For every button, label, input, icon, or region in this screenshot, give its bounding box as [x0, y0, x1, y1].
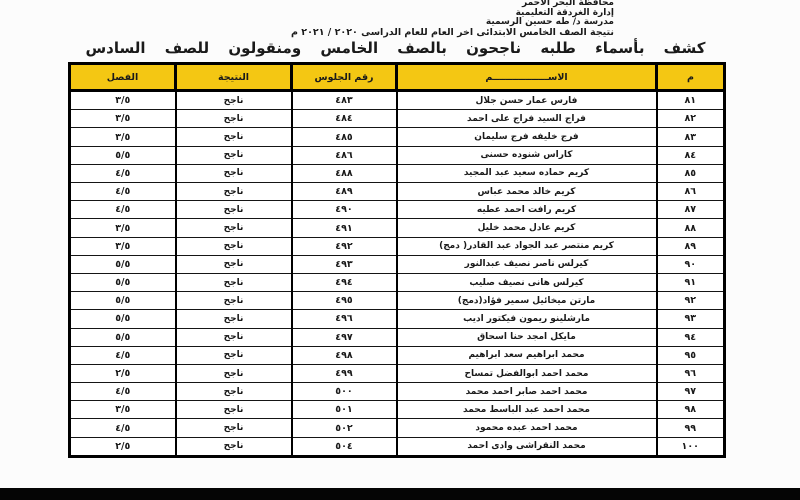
classroom-cell: ٥/٥ [70, 328, 176, 346]
header-number: م [657, 64, 725, 91]
table-row: ٨٨كريم عادل محمد خليل٤٩١ناجح٣/٥ [70, 219, 725, 237]
classroom-cell: ٣/٥ [70, 110, 176, 128]
result-cell: ناجح [176, 346, 292, 364]
header-result: النتيجة [176, 64, 292, 91]
result-cell: ناجح [176, 110, 292, 128]
result-cell: ناجح [176, 383, 292, 401]
seat-number-cell: ٥٠١ [292, 401, 397, 419]
results-table: م الاســـــــــــــــــم رقم الجلوس النت… [68, 62, 726, 458]
classroom-cell: ٣/٥ [70, 219, 176, 237]
row-number-cell: ٩٧ [657, 383, 725, 401]
classroom-cell: ٤/٥ [70, 346, 176, 364]
result-cell: ناجح [176, 91, 292, 110]
student-name-cell: كريم حماده سعيد عبد المجيد [397, 164, 657, 182]
classroom-cell: ٥/٥ [70, 310, 176, 328]
table-row: ٨٢فراج السيد فراج على احمد٤٨٤ناجح٣/٥ [70, 110, 725, 128]
student-name-cell: محمد النقراشى وادى احمد [397, 437, 657, 456]
header-seat-number: رقم الجلوس [292, 64, 397, 91]
classroom-cell: ٣/٥ [70, 401, 176, 419]
student-name-cell: كريم خالد محمد عباس [397, 183, 657, 201]
student-name-cell: كريم رافت احمد عطيه [397, 201, 657, 219]
row-number-cell: ٩٦ [657, 364, 725, 382]
row-number-cell: ٩٥ [657, 346, 725, 364]
classroom-cell: ٤/٥ [70, 164, 176, 182]
table-row: ١٠٠محمد النقراشى وادى احمد٥٠٤ناجح٢/٥ [70, 437, 725, 456]
result-cell: ناجح [176, 292, 292, 310]
student-name-cell: محمد احمد ابوالفضل تمساح [397, 364, 657, 382]
student-name-cell: محمد احمد عبده محمود [397, 419, 657, 437]
table-row: ٨٤كاراس شنوده حسنى٤٨٦ناجح٥/٥ [70, 146, 725, 164]
row-number-cell: ١٠٠ [657, 437, 725, 456]
student-name-cell: مارشلينو ريمون فيكتور اديب [397, 310, 657, 328]
table-row: ٩٣مارشلينو ريمون فيكتور اديب٤٩٦ناجح٥/٥ [70, 310, 725, 328]
result-cell: ناجح [176, 201, 292, 219]
seat-number-cell: ٤٩٠ [292, 201, 397, 219]
result-cell: ناجح [176, 328, 292, 346]
classroom-cell: ٣/٥ [70, 128, 176, 146]
student-name-cell: كريم عادل محمد خليل [397, 219, 657, 237]
seat-number-cell: ٤٩٣ [292, 255, 397, 273]
student-name-cell: كاراس شنوده حسنى [397, 146, 657, 164]
result-cell: ناجح [176, 273, 292, 291]
classroom-cell: ٥/٥ [70, 273, 176, 291]
header-classroom: الفصل [70, 64, 176, 91]
seat-number-cell: ٤٩٢ [292, 237, 397, 255]
row-number-cell: ٨٥ [657, 164, 725, 182]
classroom-cell: ٢/٥ [70, 437, 176, 456]
results-table-body: ٨١فارس عمار حسن جلال٤٨٣ناجح٣/٥٨٢فراج الس… [70, 91, 725, 457]
classroom-cell: ٤/٥ [70, 183, 176, 201]
row-number-cell: ٨٧ [657, 201, 725, 219]
result-cell: ناجح [176, 419, 292, 437]
result-cell: ناجح [176, 255, 292, 273]
classroom-cell: ٥/٥ [70, 255, 176, 273]
seat-number-cell: ٤٩٩ [292, 364, 397, 382]
classroom-cell: ٢/٥ [70, 364, 176, 382]
table-row: ٨٣فرج خليفه فرج سليمان٤٨٥ناجح٣/٥ [70, 128, 725, 146]
table-header-row: م الاســـــــــــــــــم رقم الجلوس النت… [70, 64, 725, 91]
seat-number-cell: ٤٩١ [292, 219, 397, 237]
classroom-cell: ٥/٥ [70, 292, 176, 310]
seat-number-cell: ٥٠٢ [292, 419, 397, 437]
student-name-cell: محمد احمد صابر احمد محمد [397, 383, 657, 401]
classroom-cell: ٤/٥ [70, 383, 176, 401]
table-row: ٨٥كريم حماده سعيد عبد المجيد٤٨٨ناجح٤/٥ [70, 164, 725, 182]
result-year-line: نتيجة الصف الخامس الابتدائى اخر العام لل… [291, 28, 614, 38]
result-cell: ناجح [176, 128, 292, 146]
classroom-cell: ٥/٥ [70, 146, 176, 164]
row-number-cell: ٨١ [657, 91, 725, 110]
table-row: ٨٧كريم رافت احمد عطيه٤٩٠ناجح٤/٥ [70, 201, 725, 219]
table-row: ٩٢مارتن ميخائيل سمير فؤاد(دمج)٤٩٥ناجح٥/٥ [70, 292, 725, 310]
table-row: ٨٩كريم منتصر عبد الجواد عبد القادر( دمج)… [70, 237, 725, 255]
row-number-cell: ٩٩ [657, 419, 725, 437]
result-cell: ناجح [176, 183, 292, 201]
result-cell: ناجح [176, 310, 292, 328]
seat-number-cell: ٤٨٦ [292, 146, 397, 164]
seat-number-cell: ٤٨٥ [292, 128, 397, 146]
student-name-cell: مايكل امجد حنا اسحاق [397, 328, 657, 346]
classroom-cell: ٣/٥ [70, 91, 176, 110]
row-number-cell: ٨٤ [657, 146, 725, 164]
row-number-cell: ٩٢ [657, 292, 725, 310]
seat-number-cell: ٤٨٤ [292, 110, 397, 128]
table-row: ٩٠كيرلس ناصر نصيف عبدالنور٤٩٣ناجح٥/٥ [70, 255, 725, 273]
result-cell: ناجح [176, 237, 292, 255]
seat-number-cell: ٤٩٦ [292, 310, 397, 328]
document-header: محافظة البحر الأحمر إدارة الغردقة التعلي… [291, 0, 614, 38]
student-name-cell: فارس عمار حسن جلال [397, 91, 657, 110]
result-cell: ناجح [176, 146, 292, 164]
result-cell: ناجح [176, 364, 292, 382]
row-number-cell: ٨٢ [657, 110, 725, 128]
header-name: الاســـــــــــــــــم [397, 64, 657, 91]
seat-number-cell: ٤٩٧ [292, 328, 397, 346]
student-name-cell: محمد ابراهيم سعد ابراهيم [397, 346, 657, 364]
student-name-cell: كريم منتصر عبد الجواد عبد القادر( دمج) [397, 237, 657, 255]
row-number-cell: ٩٤ [657, 328, 725, 346]
page-title: كشف بأسماء طلبه ناجحون بالصف الخامس ومنق… [68, 39, 723, 58]
result-cell: ناجح [176, 437, 292, 456]
table-row: ٨٦كريم خالد محمد عباس٤٨٩ناجح٤/٥ [70, 183, 725, 201]
row-number-cell: ٨٨ [657, 219, 725, 237]
result-cell: ناجح [176, 401, 292, 419]
row-number-cell: ٩٠ [657, 255, 725, 273]
student-name-cell: كيرلس ناصر نصيف عبدالنور [397, 255, 657, 273]
table-row: ٩٦محمد احمد ابوالفضل تمساح٤٩٩ناجح٢/٥ [70, 364, 725, 382]
table-row: ٨١فارس عمار حسن جلال٤٨٣ناجح٣/٥ [70, 91, 725, 110]
classroom-cell: ٣/٥ [70, 237, 176, 255]
seat-number-cell: ٥٠٠ [292, 383, 397, 401]
row-number-cell: ٨٦ [657, 183, 725, 201]
seat-number-cell: ٥٠٤ [292, 437, 397, 456]
seat-number-cell: ٤٨٣ [292, 91, 397, 110]
student-name-cell: فراج السيد فراج على احمد [397, 110, 657, 128]
row-number-cell: ٨٩ [657, 237, 725, 255]
result-cell: ناجح [176, 164, 292, 182]
table-row: ٩٥محمد ابراهيم سعد ابراهيم٤٩٨ناجح٤/٥ [70, 346, 725, 364]
seat-number-cell: ٤٩٨ [292, 346, 397, 364]
student-name-cell: مارتن ميخائيل سمير فؤاد(دمج) [397, 292, 657, 310]
table-row: ٩٩محمد احمد عبده محمود٥٠٢ناجح٤/٥ [70, 419, 725, 437]
table-row: ٩٨محمد احمد عبد الباسط محمد٥٠١ناجح٣/٥ [70, 401, 725, 419]
row-number-cell: ٩١ [657, 273, 725, 291]
bottom-black-bar [0, 488, 800, 500]
classroom-cell: ٤/٥ [70, 419, 176, 437]
student-name-cell: فرج خليفه فرج سليمان [397, 128, 657, 146]
student-name-cell: محمد احمد عبد الباسط محمد [397, 401, 657, 419]
seat-number-cell: ٤٩٥ [292, 292, 397, 310]
table-row: ٩٧محمد احمد صابر احمد محمد٥٠٠ناجح٤/٥ [70, 383, 725, 401]
seat-number-cell: ٤٨٨ [292, 164, 397, 182]
document-page: محافظة البحر الأحمر إدارة الغردقة التعلي… [0, 0, 800, 500]
student-name-cell: كيرلس هانى نصيف صليب [397, 273, 657, 291]
row-number-cell: ٩٨ [657, 401, 725, 419]
table-row: ٩٤مايكل امجد حنا اسحاق٤٩٧ناجح٥/٥ [70, 328, 725, 346]
row-number-cell: ٩٣ [657, 310, 725, 328]
seat-number-cell: ٤٩٤ [292, 273, 397, 291]
seat-number-cell: ٤٨٩ [292, 183, 397, 201]
result-cell: ناجح [176, 219, 292, 237]
table-row: ٩١كيرلس هانى نصيف صليب٤٩٤ناجح٥/٥ [70, 273, 725, 291]
row-number-cell: ٨٣ [657, 128, 725, 146]
classroom-cell: ٤/٥ [70, 201, 176, 219]
